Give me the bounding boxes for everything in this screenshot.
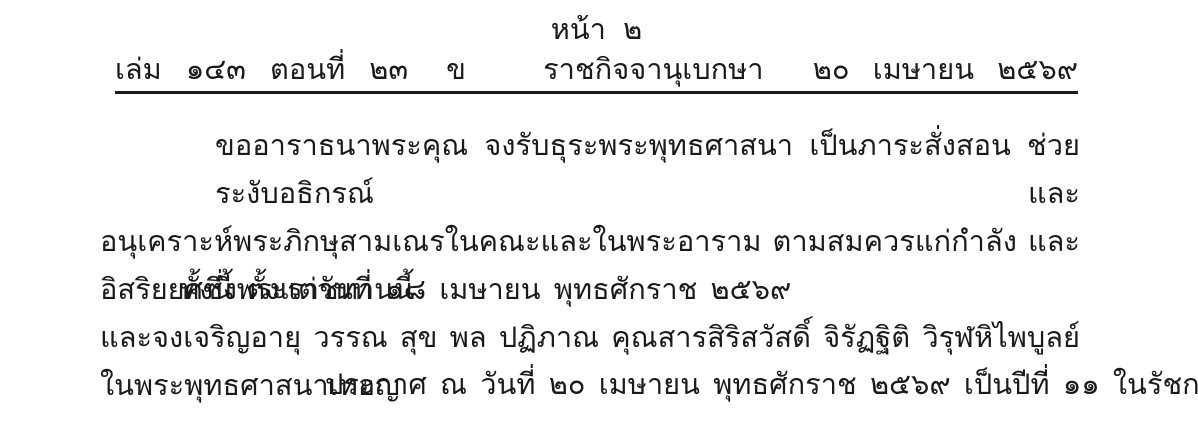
part-value: ๒๓	[369, 50, 408, 90]
effective-date-line: ทั้งนี้ ตั้งแต่วันที่ ๑๘ เมษายน พุทธศักร…	[180, 266, 791, 314]
volume-value: ๑๔๓	[186, 50, 246, 90]
gazette-document-page: หน้า ๒ เล่ม ๑๔๓ ตอนที่ ๒๓ ข ราชกิจจานุเบ…	[0, 0, 1198, 444]
section-letter: ข	[446, 50, 466, 90]
promulgation-line: ประกาศ ณ วันที่ ๒๐ เมษายน พุทธศักราช ๒๕๖…	[325, 361, 1080, 409]
page-number-label: หน้า ๒	[115, 10, 1078, 50]
header-divider-rule	[115, 91, 1078, 94]
gazette-date: ๒๐ เมษายน ๒๕๖๙	[813, 50, 1078, 90]
volume-label: เล่ม	[115, 50, 162, 90]
volume-issue-info: เล่ม ๑๔๓ ตอนที่ ๒๓ ข	[115, 50, 466, 90]
gazette-header-row: เล่ม ๑๔๓ ตอนที่ ๒๓ ข ราชกิจจานุเบกษา ๒๐ …	[115, 50, 1078, 90]
gazette-title: ราชกิจจานุเบกษา	[543, 50, 763, 90]
part-label: ตอนที่	[270, 50, 345, 90]
body-paragraph-line-1: ขออาราธนาพระคุณ จงรับธุระพระพุทธศาสนา เป…	[100, 122, 1080, 218]
